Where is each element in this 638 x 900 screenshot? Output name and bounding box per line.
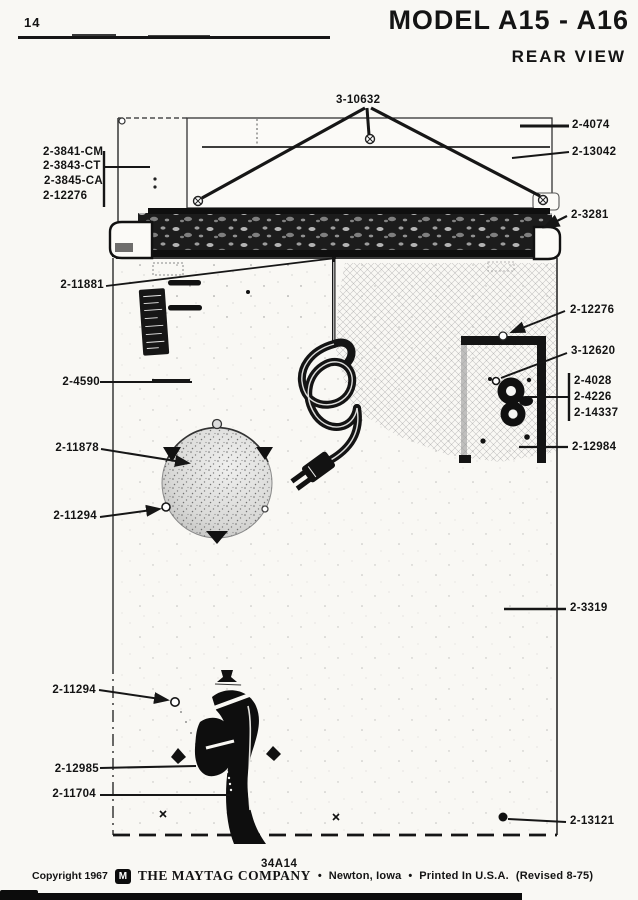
callout-2-4226: 2-4226 [574,391,612,403]
leader-left-group [104,151,150,207]
console-right-end-cap [534,227,560,259]
scan-edge-bar [0,893,522,900]
callout-2-12984: 2-12984 [572,441,616,453]
callout-2-11294-base: 2-11294 [20,684,96,696]
callout-2-3845-CA: 2-3845-CA [44,175,103,187]
callout-3-10632: 3-10632 [336,94,380,106]
screw [539,196,548,205]
callout-2-14337: 2-14337 [574,407,618,419]
company-location: Newton, Iowa [329,870,402,882]
back-guard-panel [187,118,559,210]
bullet-icon: • [408,870,412,882]
company-name: THE MAYTAG COMPANY [138,868,311,884]
callout-2-11878: 2-11878 [23,442,99,454]
motor-top-stud [213,420,222,429]
callout-2-12276-right: 2-12276 [570,304,614,316]
callout-2-12985: 2-12985 [23,763,99,775]
callout-2-4074: 2-4074 [572,119,610,131]
screw [194,197,203,206]
callout-2-3841-CM: 2-3841-CM [43,146,103,158]
callout-2-3281: 2-3281 [571,209,609,221]
callout-2-3843-CT: 2-3843-CT [43,160,101,172]
console-left-end-cap [110,222,152,258]
callout-2-11881: 2-11881 [28,279,104,291]
screw [366,135,375,144]
bracket-screw [499,332,507,340]
manual-page: 14 MODEL A15 - A16 REAR VIEW [0,0,638,900]
footer: Copyright 1967 M THE MAYTAG COMPANY • Ne… [32,868,593,884]
callout-2-11294-motor: 2-11294 [21,510,97,522]
revision-note: (Revised 8-75) [516,870,593,882]
vent-slot [168,305,202,311]
serial-plate [139,288,170,356]
vent-slot [168,280,201,286]
callout-2-3319: 2-3319 [570,602,608,614]
maytag-logo-icon: M [115,869,131,884]
callout-2-4590: 2-4590 [26,376,100,388]
bullet-icon: • [318,870,322,882]
callout-2-12276-left: 2-12276 [43,190,87,202]
copyright-text: Copyright 1967 [32,870,108,882]
callout-2-11704: 2-11704 [20,788,96,800]
screw [119,118,125,124]
callout-2-13042: 2-13042 [572,146,616,158]
callout-2-4028: 2-4028 [574,375,612,387]
callout-2-13121: 2-13121 [570,815,614,827]
printed-in: Printed In U.S.A. [419,870,509,882]
base-screw [499,813,508,822]
callout-3-12620: 3-12620 [571,345,615,357]
